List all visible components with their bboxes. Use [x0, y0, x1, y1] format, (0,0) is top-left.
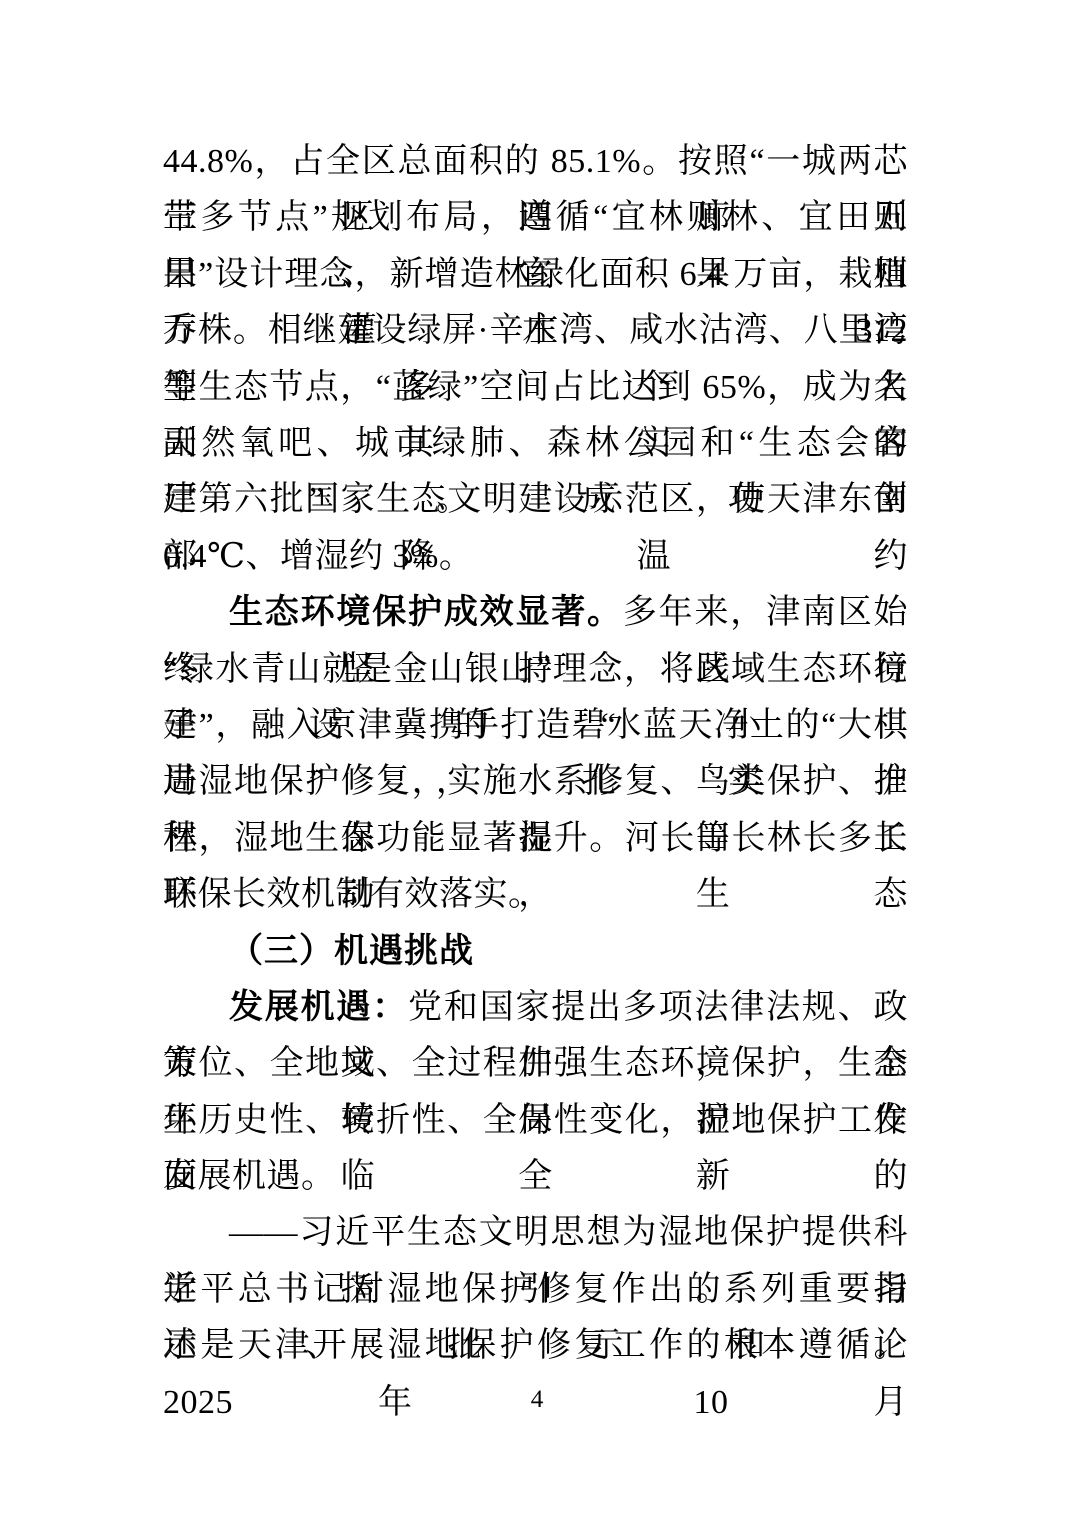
text-run: 发展机遇：	[229, 989, 408, 1026]
text-line: 述是天津开展湿地保护修复工作的根本遵循。2025 年 10 月	[163, 1318, 908, 1374]
text-run: （三）机遇挑战	[229, 932, 474, 970]
text-line: 万株。相继建设绿屏·辛庄湾、咸水沽湾、八里湾等多个大	[163, 303, 908, 359]
text-line: 果”设计理念，新增造林绿化面积 6.4 万亩，栽植乔灌木 312	[163, 247, 908, 303]
text-line: 程，湿地生态功能显著提升。河长田长林长多长联动，生态	[163, 811, 908, 867]
text-run: 生态环境保护成效显著。	[229, 594, 623, 631]
text-line: 近平总书记对湿地保护修复作出的系列重要指示、批示和论	[163, 1262, 908, 1318]
text-line: 方位、全地域、全过程加强生态环境保护，生态环境保护发	[163, 1036, 908, 1092]
text-line: 生态环境保护成效显著。多年来，津南区始终坚持践行	[163, 585, 908, 641]
text-line: 建第六批国家生态文明建设示范区，使天津东南部降温约	[163, 472, 908, 528]
text-line: 子”，融入京津冀携手打造碧水蓝天净土的“大棋局”，扎实推	[163, 698, 908, 754]
text-line: 发展机遇：党和国家提出多项法律法规、政策文件，全	[163, 980, 908, 1036]
section-heading: （三）机遇挑战	[163, 923, 908, 979]
text-line: ——习近平生态文明思想为湿地保护提供科学指引。习	[163, 1205, 908, 1261]
text-run: 0.4℃、增湿约 3%。	[163, 538, 473, 575]
document-page: 44.8%，占全区总面积的 85.1%。按照“一城两芯三区四廊五带多节点”规划布…	[0, 0, 1074, 1520]
text-line: 进湿地保护修复，实施水系修复、鸟类保护、护林保湿等工	[163, 754, 908, 810]
text-line: 带多节点”规划布局，遵循“宜林则林、宜田则田、宜果则	[163, 190, 908, 246]
page-number: 4	[0, 1385, 1074, 1415]
text-line: 44.8%，占全区总面积的 85.1%。按照“一城两芯三区四廊五	[163, 134, 908, 190]
text-line: 生历史性、转折性、全局性变化，湿地保护工作面临全新的	[163, 1093, 908, 1149]
text-line: 型生态节点，“蓝绿”空间占比达到 65%，成为名副其实的	[163, 360, 908, 416]
text-run: 环保长效机制有效落实。	[163, 876, 543, 913]
text-run: 发展机遇。	[163, 1158, 336, 1195]
text-block: 44.8%，占全区总面积的 85.1%。按照“一城两芯三区四廊五带多节点”规划布…	[163, 134, 908, 1375]
text-line: 天然氧吧、城市绿肺、森林公园和“生态会客厅”。成功创	[163, 416, 908, 472]
text-line: “绿水青山就是金山银山”理念，将区域生态环境建设的“小棋	[163, 642, 908, 698]
